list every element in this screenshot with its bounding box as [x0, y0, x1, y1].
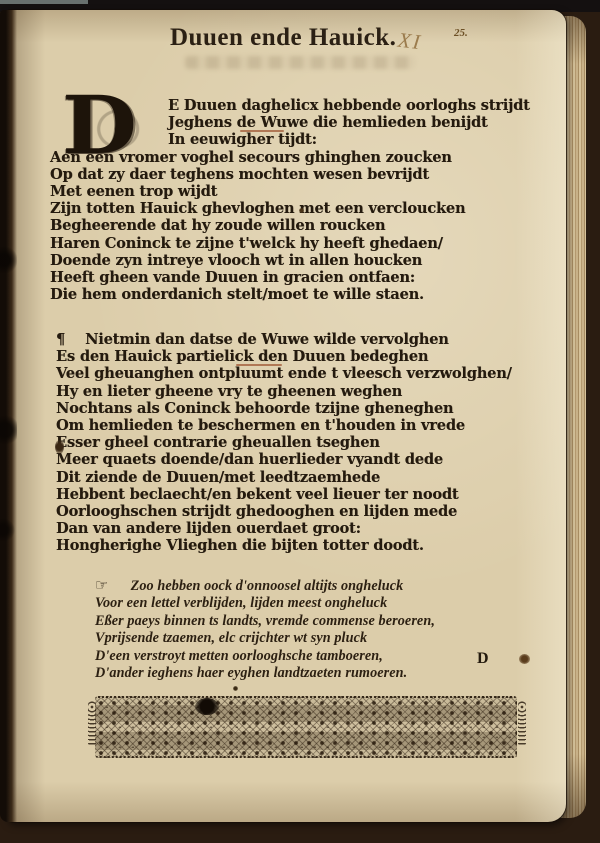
poem-line: Vprijsende tzaemen, elc crijchter wt syn…	[95, 630, 535, 647]
poem-line: Oorlooghschen strijdt ghedooghen en lijd…	[56, 503, 536, 520]
fleuron-ornament-band	[95, 696, 517, 758]
poem-line: Om hemlieden te beschermen en t'houden i…	[56, 417, 536, 434]
decorated-initial-D: D	[62, 87, 166, 169]
poem-line: Nochtans als Coninck behoorde tzijne ghe…	[56, 400, 536, 417]
poem-line: In eeuwigher tijdt:	[168, 131, 530, 148]
poem-line: Die hem onderdanich stelt/moet te wille …	[50, 286, 530, 303]
margin-smudge	[55, 440, 64, 454]
red-underline-wuwe	[240, 130, 284, 132]
poem-line: Esser gheel contrarie gheuallen tseghen	[56, 434, 536, 451]
poem-line: Hy en lieter gheene vry te gheenen weghe…	[56, 383, 536, 400]
ink-showthrough	[185, 56, 415, 69]
poem-line: E Duuen daghelicx hebbende oorloghs stri…	[168, 97, 530, 114]
poem-line: Dan van andere lijden ouerdaet groot:	[56, 520, 536, 537]
stanza-3-italic: ☞Zoo hebben oock d'onnoosel altijts ongh…	[95, 577, 535, 682]
book-gutter-shadow	[0, 10, 17, 822]
poem-line: Heeft gheen vande Duuen in gracien ontfa…	[50, 269, 530, 286]
signature-mark: D	[477, 650, 489, 668]
ornament-end-curl	[518, 701, 526, 747]
poem-line: Doende zyn intreye vlooch wt in allen ho…	[50, 252, 530, 269]
poem-line: Hebbent beclaecht/en bekent veel lieuer …	[56, 486, 536, 503]
page-title: Duuen ende Hauick.	[170, 24, 396, 52]
poem-line: Hongherighe Vlieghen die bijten totter d…	[56, 537, 536, 554]
brown-stain	[519, 654, 530, 664]
paper-speck	[233, 686, 238, 691]
manicule-icon: ☞	[95, 577, 109, 594]
handwritten-page-number: 25.	[454, 27, 468, 39]
poem-line: Zijn totten Hauick ghevloghen met een ve…	[50, 200, 530, 217]
poem-line: Meer quaets doende/dan huerlieder vyandt…	[56, 451, 536, 468]
ink-blot	[195, 698, 219, 715]
poem-line: Veel gheuanghen ontpluumt ende t vleesch…	[56, 365, 536, 382]
poem-line: Jeghens de Wuwe die hemlieden benijdt	[168, 114, 530, 131]
poem-line: D'ander ieghens haer eyghen landtzaeten …	[95, 665, 535, 682]
page-content: Duuen ende Hauick. XI 25. D E Duuen dagh…	[0, 0, 600, 843]
stanza-2: ¶Nietmin dan datse de Wuwe wilde vervolg…	[56, 331, 536, 555]
poem-line: D'een verstroyt metten oorlooghsche tamb…	[95, 648, 535, 665]
poem-line: Es den Hauick partielick den Duuen bedeg…	[56, 348, 536, 365]
poem-line: Dit ziende de Duuen/met leedtzaemhede	[56, 469, 536, 486]
poem-line: Begheerende dat hy zoude willen roucken	[50, 217, 530, 234]
stanza-1: D E Duuen daghelicx hebbende oorloghs st…	[50, 97, 530, 303]
pilcrow-mark: ¶	[56, 331, 65, 348]
paper-speck	[299, 208, 304, 213]
handwritten-annotation: XI	[397, 29, 423, 54]
poem-line: Haren Coninck te zijne t'welck hy heeft …	[50, 235, 530, 252]
poem-line: Eßer paeys binnen ts landts, vremde comm…	[95, 613, 535, 630]
poem-line: Voor een lettel verblijden, lijden meest…	[95, 595, 535, 612]
poem-line: Nietmin dan datse de Wuwe wilde vervolgh…	[85, 331, 449, 348]
poem-line: Zoo hebben oock d'onnoosel altijts onghe…	[131, 578, 404, 594]
ornament-end-curl	[88, 701, 96, 747]
poem-line: Met eenen trop wijdt	[50, 183, 530, 200]
